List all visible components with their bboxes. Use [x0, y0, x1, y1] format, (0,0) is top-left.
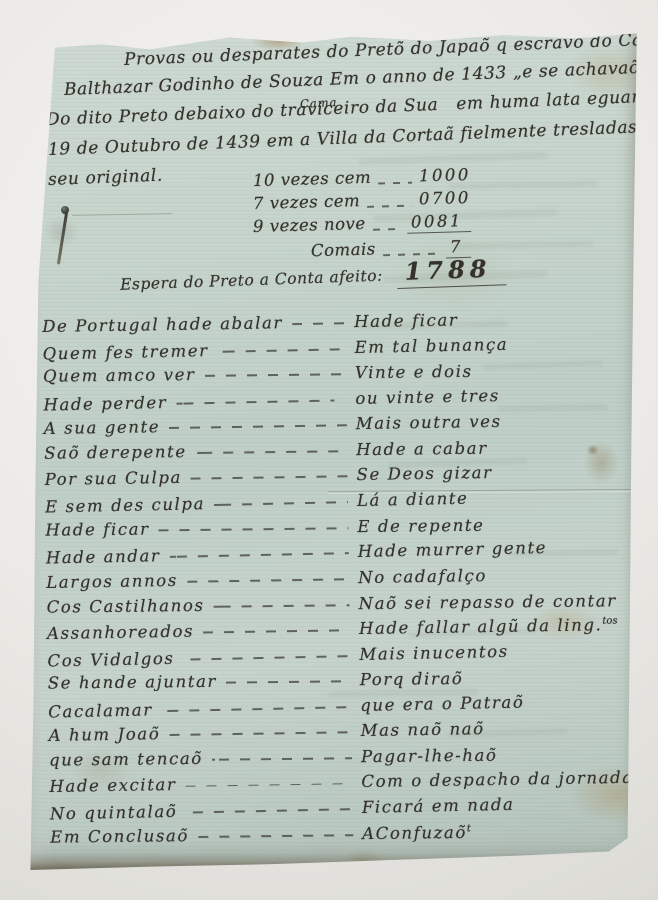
- verse-left-text: Cacalamar: [48, 700, 153, 721]
- verse-left-text: Em Conclusaõ: [50, 826, 189, 847]
- verso-show-through-mark: [453, 241, 593, 249]
- verse-right-main: Hade ficar: [354, 310, 458, 331]
- header-line-5: seu original.: [48, 166, 164, 190]
- verse-right-text: Mas naõ naõ: [360, 717, 640, 740]
- verso-show-through-mark: [358, 152, 548, 166]
- verse-right-text: Mais inucentos: [359, 638, 639, 663]
- sum-label: 7 vezes cem: [253, 191, 361, 213]
- verse-right-main: Em tal bunança: [354, 334, 508, 356]
- dash-leader: [205, 373, 347, 376]
- dash-leader: [185, 783, 352, 787]
- verse-right-main: que era o Patraõ: [360, 692, 525, 714]
- verse-left-text: No quintalaõ: [50, 802, 178, 824]
- dash-leader: [187, 578, 349, 582]
- verse-right-text: Naõ sei repasso de contar: [358, 590, 638, 612]
- pin-crease-line: [72, 213, 172, 216]
- verse-right-text: Mais outra ves: [356, 410, 636, 433]
- dash-leader: [203, 629, 350, 633]
- dash-leader: [162, 706, 352, 712]
- verse-right-text: ou vinte e tres: [343, 383, 635, 408]
- dash-leader: [176, 399, 334, 404]
- header-line-3-pre: Do dito Preto debaixo do traviceiro da S…: [46, 95, 439, 130]
- verse-left-text: Hade ficar: [45, 519, 149, 539]
- verse-right-main: Vinte e dois: [355, 362, 473, 382]
- total-value: 1788: [396, 253, 506, 289]
- verse-right-main: E de repente: [357, 515, 484, 535]
- straight-pin-shaft: [57, 213, 68, 265]
- photo-backdrop: Provas ou desparates do Pretõ do Japaõ q…: [0, 0, 658, 900]
- dash-leader: [212, 757, 352, 760]
- dash-leader: [186, 808, 353, 813]
- verse-left-text: Por sua Culpa: [44, 468, 182, 489]
- dash-leader: [214, 604, 350, 607]
- verse-right-main: Hade a cabar: [356, 438, 488, 458]
- sum-value: 1000: [419, 165, 472, 185]
- verse-right-main: ou vinte e tres: [355, 385, 500, 407]
- dash-leader: [183, 655, 350, 660]
- verse-right-text: AConfuzaõt: [362, 820, 642, 842]
- dash-leader: [169, 552, 348, 557]
- verse-right-superscript: tos: [602, 615, 617, 626]
- manuscript-page: Provas ou desparates do Pretõ do Japaõ q…: [28, 30, 638, 870]
- dash-leader: [226, 680, 351, 683]
- dash-leader: [367, 205, 412, 208]
- verse-left-text: Quem amco ver: [43, 365, 196, 386]
- dash-leader: [378, 182, 412, 185]
- dash-leader: [198, 834, 353, 837]
- verse-left-text: Assanhoreados: [47, 621, 194, 642]
- verse-right-main: Ficará em nada: [362, 795, 515, 817]
- verse-right-main: No cadafalço: [358, 566, 487, 587]
- verse-right-main: AConfuzaõ: [362, 822, 467, 842]
- dash-leader: [191, 476, 348, 480]
- dash-leader: [169, 732, 351, 737]
- dash-leader: [292, 322, 345, 325]
- sum-row: 9 vezes nove0081: [253, 211, 472, 240]
- sum-value: 0081: [407, 211, 472, 234]
- verse-right-main: Pagar-lhe-haõ: [361, 745, 498, 766]
- verse-right-main: Lá a diante: [357, 488, 469, 509]
- sum-value: 0700: [419, 188, 472, 208]
- verse-left-text: E sem des culpa: [45, 494, 205, 516]
- verse-left-text: Cos Castilhanos: [47, 595, 205, 616]
- verse-left-text: Hade perder: [43, 392, 167, 414]
- verse-left-text: A sua gente: [44, 417, 161, 438]
- verse-right-main: Hade fallar algũ da ling.: [359, 615, 603, 638]
- verse-right-text: Lá a diante: [357, 485, 637, 510]
- verse-row: Em ConclusaõAConfuzaõt: [50, 816, 642, 848]
- verse-right-text: Hade murrer gente: [358, 536, 638, 561]
- dash-leader: [169, 425, 347, 429]
- dash-leader: [196, 450, 348, 453]
- verse-left-text: Hade andar: [46, 546, 161, 567]
- dash-leader: [218, 348, 346, 352]
- verse-right-main: Mais outra ves: [356, 412, 502, 433]
- verse-left-text: Se hande ajuntar: [48, 672, 217, 693]
- verse-right-text: No cadafalço: [358, 563, 638, 586]
- verse-left-text: Hade excitar: [49, 775, 176, 796]
- sum-label: 9 vezes nove: [253, 214, 366, 236]
- total-line: Espera do Preto a Conta afeito: 1788: [120, 253, 506, 298]
- verse-left-text: Largos annos: [46, 570, 178, 591]
- header-line-3-post: em huma lata eguardadda: [456, 85, 658, 114]
- verse-right-main: Se Deos gizar: [356, 463, 492, 484]
- verse-right-main: Hade murrer gente: [358, 538, 548, 561]
- verse-right-text: Pagar-lhe-haõ: [361, 744, 641, 766]
- verse-right-main: Mas naõ naõ: [360, 719, 484, 740]
- verse-right-superscript: t: [467, 823, 471, 834]
- dash-leader: [214, 501, 348, 505]
- total-label: Espera do Preto a Conta afeito:: [120, 267, 383, 294]
- verse-right-text: Em tal bunança: [354, 331, 634, 356]
- verse-right-text: Ficará em nada: [362, 792, 642, 817]
- verse-right-main: Naõ sei repasso de contar: [358, 590, 616, 612]
- verse-right-main: Mais inucentos: [359, 641, 509, 663]
- verse-list: De Portugal hade abalarHade ficarQuem fe…: [42, 303, 642, 850]
- verse-right-text: que era o Patraõ: [360, 690, 640, 715]
- sum-label: 10 vezes cem: [253, 168, 372, 190]
- verse-right-main: Porq diraõ: [360, 669, 464, 689]
- verse-left-text: De Portugal hade abalar: [42, 313, 283, 336]
- arithmetic-block: 10 vezes cem10007 vezes cem07009 vezes n…: [253, 168, 471, 262]
- straight-pin-head: [61, 206, 69, 214]
- verse-right-text: Hade a cabar: [356, 437, 636, 459]
- dash-leader: [373, 228, 400, 230]
- verse-left-text: Saõ derepente: [44, 442, 187, 463]
- verse-left-text: que sam tencaõ: [49, 749, 203, 770]
- dash-leader: [159, 527, 349, 531]
- verse-left-text: A hum Joaõ: [49, 724, 161, 745]
